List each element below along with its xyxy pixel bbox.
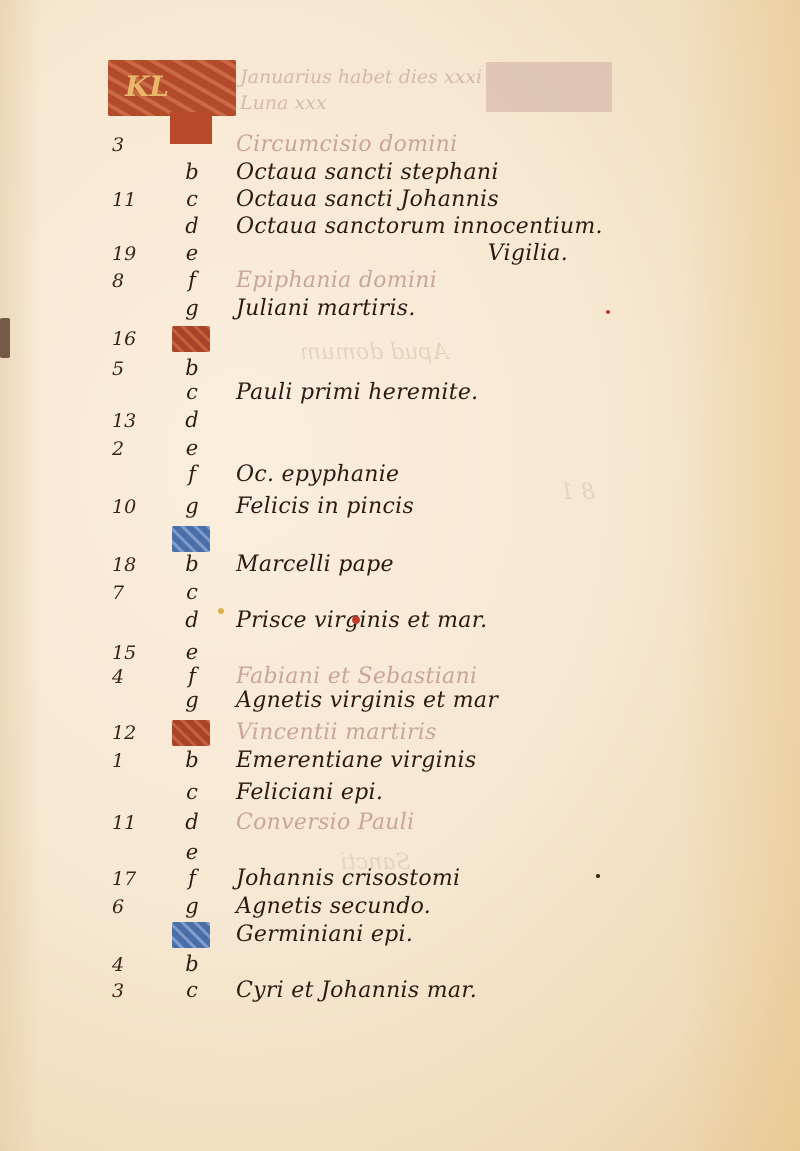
feast-entry: Germiniani epi.	[236, 922, 413, 947]
calendar-row: dOctaua sanctorum innocentium.	[0, 214, 800, 242]
dominical-letter: c	[180, 380, 204, 404]
calendar-row: gAgnetis virginis et mar	[0, 688, 800, 716]
golden-number: 3	[112, 980, 152, 1002]
calendar-row: dPrisce virginis et mar.	[0, 608, 800, 636]
calendar-row: 11dConversio Pauli	[0, 810, 800, 838]
calendar-row: cFeliciani epi.	[0, 780, 800, 808]
feast-entry: Juliani martiris.	[236, 296, 416, 321]
feast-entry: Prisce virginis et mar.	[236, 608, 487, 633]
dominical-letter: e	[180, 241, 204, 265]
golden-number: 15	[112, 642, 152, 664]
calendar-row: 19eVigilia.	[0, 241, 800, 269]
calendar-row: 10gFelicis in pincis	[0, 494, 800, 522]
golden-number: 8	[112, 270, 152, 292]
calendar-row: bOctaua sancti stephani	[0, 160, 800, 188]
dominical-letter: g	[180, 494, 204, 518]
red-dominical-a-block	[172, 326, 210, 352]
header-rubric-line-1: Januarius habet dies xxxi	[240, 66, 482, 88]
golden-number: 13	[112, 410, 152, 432]
calendar-row: gJuliani martiris.	[0, 296, 800, 324]
feast-entry: Octaua sancti stephani	[236, 160, 499, 185]
calendar-row: 7c	[0, 580, 800, 608]
calendar-row: 17fJohannis crisostomi	[0, 866, 800, 894]
calendar-row: 8fEpiphania domini	[0, 268, 800, 296]
golden-number: 18	[112, 554, 152, 576]
calendar-row: 12Vincentii martiris	[0, 720, 800, 748]
feast-entry: Octaua sanctorum innocentium.	[236, 214, 603, 239]
golden-number: 5	[112, 358, 152, 380]
dominical-letter: b	[180, 356, 204, 380]
dominical-letter: d	[180, 214, 204, 238]
feast-entry: Cyri et Johannis mar.	[236, 978, 477, 1003]
gold-dot-mark	[218, 608, 224, 614]
dominical-letter: b	[180, 552, 204, 576]
golden-number: 17	[112, 868, 152, 890]
dominical-letter: d	[180, 408, 204, 432]
calendar-row: 18bMarcelli pape	[0, 552, 800, 580]
golden-number: 7	[112, 582, 152, 604]
feast-entry: Vigilia.	[488, 241, 568, 266]
golden-number: 2	[112, 438, 152, 460]
dominical-letter: g	[180, 296, 204, 320]
calendar-row: 16	[0, 326, 800, 354]
ink-dot-mark	[596, 874, 600, 878]
feast-entry: Pauli primi heremite.	[236, 380, 478, 405]
dominical-letter: c	[180, 580, 204, 604]
calendar-row: cPauli primi heremite.	[0, 380, 800, 408]
dominical-letter: b	[180, 748, 204, 772]
feast-entry: Feliciani epi.	[236, 780, 383, 805]
golden-number: 11	[112, 812, 152, 834]
red-dot-mark	[606, 310, 610, 314]
feast-entry-rubric: Conversio Pauli	[236, 810, 414, 835]
feast-entry: Agnetis virginis et mar	[236, 688, 498, 713]
dominical-letter: f	[180, 462, 204, 486]
dominical-letter: c	[180, 978, 204, 1002]
header-rubric-wash	[486, 62, 612, 112]
golden-number: 1	[112, 750, 152, 772]
golden-number: 3	[112, 134, 152, 156]
dominical-letter: f	[180, 664, 204, 688]
golden-number: 12	[112, 722, 152, 744]
dominical-letter: f	[180, 866, 204, 890]
feast-entry: Marcelli pape	[236, 552, 394, 577]
feast-entry-rubric: Circumcisio domini	[236, 132, 458, 157]
calendar-row: 11cOctaua sancti Johannis	[0, 187, 800, 215]
feast-entry: Octaua sancti Johannis	[236, 187, 499, 212]
golden-number: 4	[112, 666, 152, 688]
dominical-letter: g	[180, 688, 204, 712]
calendar-row: 13d	[0, 408, 800, 436]
calendar-row: 1bEmerentiane virginis	[0, 748, 800, 776]
calendar-row: fOc. epyphanie	[0, 462, 800, 490]
dominical-letter: d	[180, 810, 204, 834]
feast-entry: Agnetis secundo.	[236, 894, 431, 919]
dominical-letter: e	[180, 436, 204, 460]
calendar-row: 3Circumcisio domini	[0, 132, 800, 160]
feast-entry-rubric: Vincentii martiris	[236, 720, 437, 745]
dominical-letter: f	[180, 268, 204, 292]
feast-entry: Felicis in pincis	[236, 494, 414, 519]
feast-entry: Emerentiane virginis	[236, 748, 476, 773]
calendar-row: 2e	[0, 436, 800, 464]
feast-entry: Oc. epyphanie	[236, 462, 399, 487]
golden-number: 16	[112, 328, 152, 350]
feast-entry: Johannis crisostomi	[236, 866, 460, 891]
golden-number: 19	[112, 243, 152, 265]
golden-number: 6	[112, 896, 152, 918]
feast-entry-rubric: Epiphania domini	[236, 268, 437, 293]
manuscript-page: Apud domum 8 1 Sancti KL Januarius habet…	[0, 0, 800, 1151]
dominical-letter: e	[180, 640, 204, 664]
blue-dominical-a-block	[172, 922, 210, 948]
feast-entry-rubric: Fabiani et Sebastiani	[236, 664, 477, 689]
red-dot-mark	[352, 616, 360, 624]
golden-number: 11	[112, 189, 152, 211]
red-dominical-a-block	[172, 720, 210, 746]
golden-number: 10	[112, 496, 152, 518]
kl-initial-label: KL	[125, 70, 169, 103]
calendar-row	[0, 526, 800, 554]
dominical-letter: b	[180, 952, 204, 976]
dominical-letter: e	[180, 840, 204, 864]
dominical-letter: c	[180, 187, 204, 211]
dominical-letter: d	[180, 608, 204, 632]
dominical-letter: g	[180, 894, 204, 918]
golden-number: 4	[112, 954, 152, 976]
calendar-row: e	[0, 840, 800, 868]
calendar-row: 4b	[0, 952, 800, 980]
blue-dominical-a-block	[172, 526, 210, 552]
calendar-row: 3cCyri et Johannis mar.	[0, 978, 800, 1006]
dominical-letter: b	[180, 160, 204, 184]
calendar-row: Germiniani epi.	[0, 922, 800, 950]
calendar-row: 6gAgnetis secundo.	[0, 894, 800, 922]
dominical-letter: c	[180, 780, 204, 804]
header-rubric-line-2: Luna xxx	[240, 92, 327, 114]
